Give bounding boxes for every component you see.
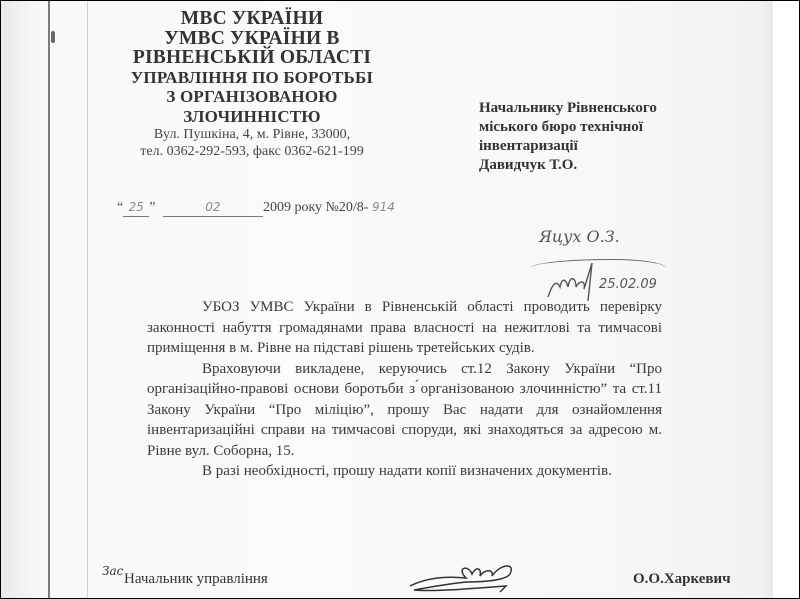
- addressee-line: інвентаризації: [479, 137, 657, 156]
- handwritten-month: 02: [205, 200, 220, 214]
- body-paragraph: УБОЗ УМВС України в Рівненській області …: [147, 297, 662, 359]
- quote-close: ”: [149, 200, 155, 215]
- letterhead-contacts: тел. 0362-292-593, факс 0362-621-199: [116, 143, 388, 160]
- resolution-signature-icon: [546, 257, 606, 302]
- letter-body: УБОЗ УМВС України в Рівненській області …: [147, 297, 662, 482]
- year-and-number-label: 2009 року №20/8-: [263, 200, 369, 215]
- letterhead: МВС УКРАЇНИ УМВС УКРАЇНИ В РІВНЕНСЬКІЙ О…: [116, 9, 388, 160]
- signatory-name: О.О.Харкевич: [633, 571, 731, 588]
- letterhead-line: РІВНЕНСЬКІЙ ОБЛАСТІ: [116, 48, 388, 68]
- scan-right-margin: [773, 1, 800, 599]
- letterhead-line: МВС УКРАЇНИ: [116, 9, 388, 29]
- document-scan: МВС УКРАЇНИ УМВС УКРАЇНИ В РІВНЕНСЬКІЙ О…: [0, 0, 800, 599]
- scan-margin-line: [87, 1, 88, 599]
- signature-block: Зас Начальник управління О.О.Харкевич: [1, 564, 773, 594]
- resolution-name: Яцух О.З.: [539, 227, 620, 246]
- letterhead-line: УПРАВЛІННЯ ПО БОРОТЬБІ: [116, 68, 388, 88]
- signatory-role: Начальник управління: [124, 571, 268, 588]
- handwritten-number: 914: [372, 200, 395, 214]
- addressee-block: Начальнику Рівненського міського бюро те…: [479, 99, 657, 175]
- month-field: 02: [163, 200, 263, 217]
- body-paragraph: Враховуючи викладене, керуючись ст.12 За…: [147, 359, 662, 462]
- day-field: 25: [123, 200, 149, 217]
- letterhead-line: ЗЛОЧИННІСТЮ: [116, 107, 388, 127]
- handwritten-resolution: Яцух О.З. 25.02.09: [531, 219, 681, 299]
- handwritten-initials: Зас: [102, 564, 123, 578]
- body-paragraph: В разі необхідності, прошу надати копії …: [147, 461, 662, 482]
- scan-fold-line: [48, 1, 50, 599]
- addressee-line: Начальнику Рівненського: [479, 99, 657, 118]
- letterhead-address: Вул. Пушкіна, 4, м. Рівне, 33000,: [116, 126, 388, 143]
- letterhead-line: УМВС УКРАЇНИ В: [116, 29, 388, 49]
- scan-smudge: [51, 31, 55, 43]
- addressee-line: міського бюро технічної: [479, 118, 657, 137]
- outgoing-reference: “25” 022009 року №20/8- 914: [117, 200, 395, 217]
- resolution-date: 25.02.09: [599, 277, 657, 292]
- addressee-name: Давидчук Т.О.: [479, 156, 657, 175]
- letterhead-line: З ОРГАНІЗОВАНОЮ: [116, 87, 388, 107]
- signature-icon: [406, 560, 536, 594]
- paper-page: МВС УКРАЇНИ УМВС УКРАЇНИ В РІВНЕНСЬКІЙ О…: [1, 1, 773, 599]
- handwritten-day: 25: [129, 200, 144, 214]
